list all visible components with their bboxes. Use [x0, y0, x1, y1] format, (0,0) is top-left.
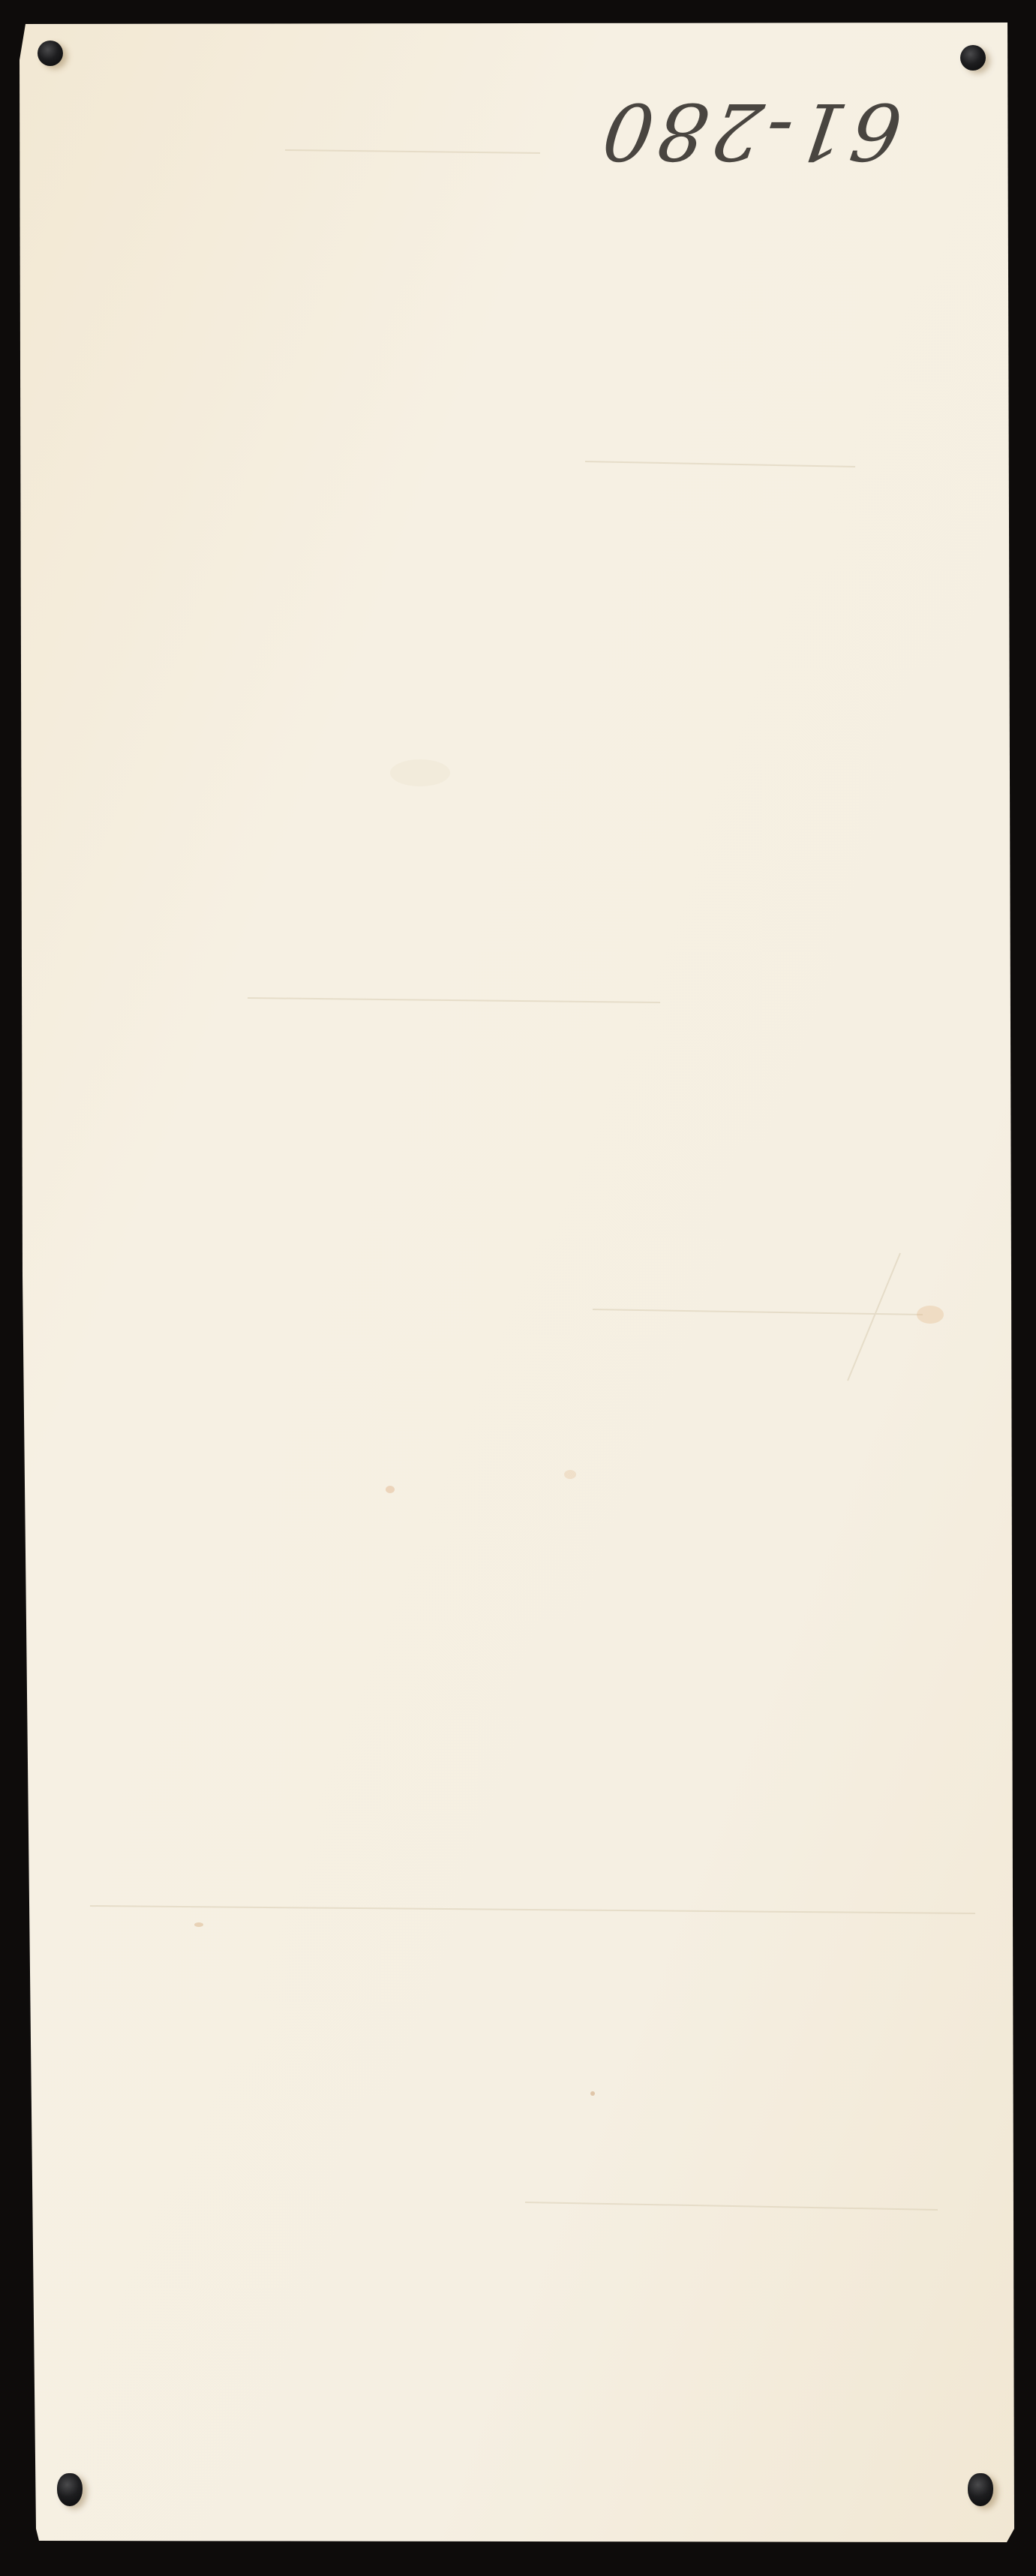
paper-sheet — [0, 0, 1036, 2576]
pushpin-icon-top-right — [960, 45, 986, 71]
pushpin-icon-bottom-right — [968, 2473, 993, 2506]
pushpin-icon-bottom-left — [57, 2473, 83, 2506]
poster-back-paper: 61-280 — [0, 0, 1036, 2576]
handwritten-catalog-number: 61-280 — [563, 83, 937, 180]
pushpin-icon-top-left — [38, 41, 63, 66]
